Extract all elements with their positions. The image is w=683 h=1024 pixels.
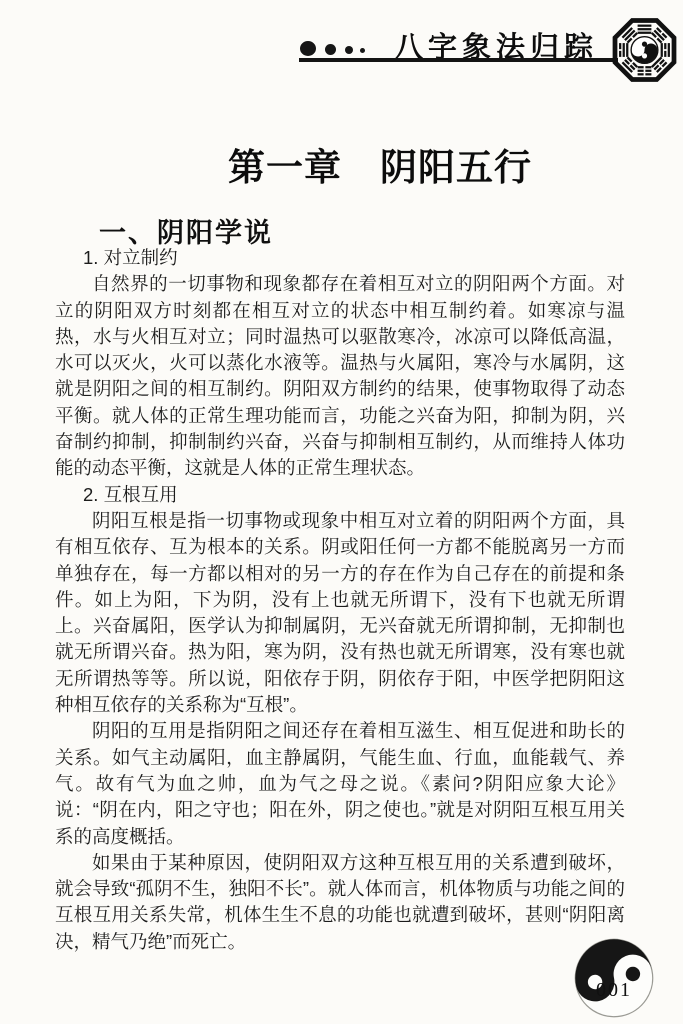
header-dots-icon (360, 48, 365, 53)
body-paragraph: 自然界的一切事物和现象都存在着相互对立的阴阳两个方面。对立的阴阳双方时刻都在相互… (55, 271, 625, 481)
content-blocks: 1. 对立制约自然界的一切事物和现象都存在着相互对立的阴阳两个方面。对立的阴阳双… (55, 245, 625, 955)
header-dots-icon (300, 41, 316, 56)
body-paragraph: 阴阳互根是指一切事物或现象中相互对立着的阴阳两个方面，具有相互依存、互为根本的关… (55, 508, 625, 718)
header-dots-icon (345, 46, 353, 54)
body-paragraph: 阴阳的互用是指阴阳之间还存在着相互滋生、相互促进和助长的关系。如气主动属阳，血主… (55, 718, 625, 849)
taiji-icon (569, 933, 659, 1023)
bagua-icon (610, 11, 679, 89)
header-dots-icon (325, 44, 336, 55)
header-rule-divider (299, 58, 618, 62)
book-page: 八字象法归踪 (0, 0, 683, 1024)
body-subheading: 2. 互根互用 (55, 482, 625, 508)
body-paragraph: 如果由于某种原因，使阴阳双方这种互根互用的关系遭到破坏，就会导致“孤阴不生，独阳… (55, 850, 625, 955)
page-number: 001 (596, 979, 632, 1002)
body-subheading: 1. 对立制约 (55, 245, 625, 271)
chapter-title: 第一章 阴阳五行 (228, 137, 532, 191)
